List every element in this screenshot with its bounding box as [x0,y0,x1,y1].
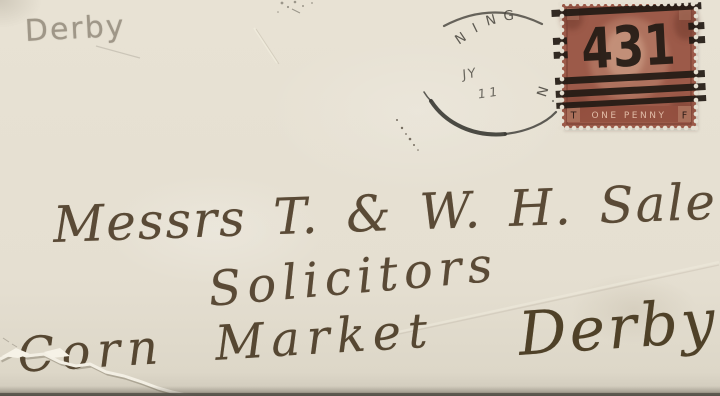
envelope-scan: N I N G N JY 11 [0,0,720,396]
envelope-overlay-layer [0,0,720,396]
